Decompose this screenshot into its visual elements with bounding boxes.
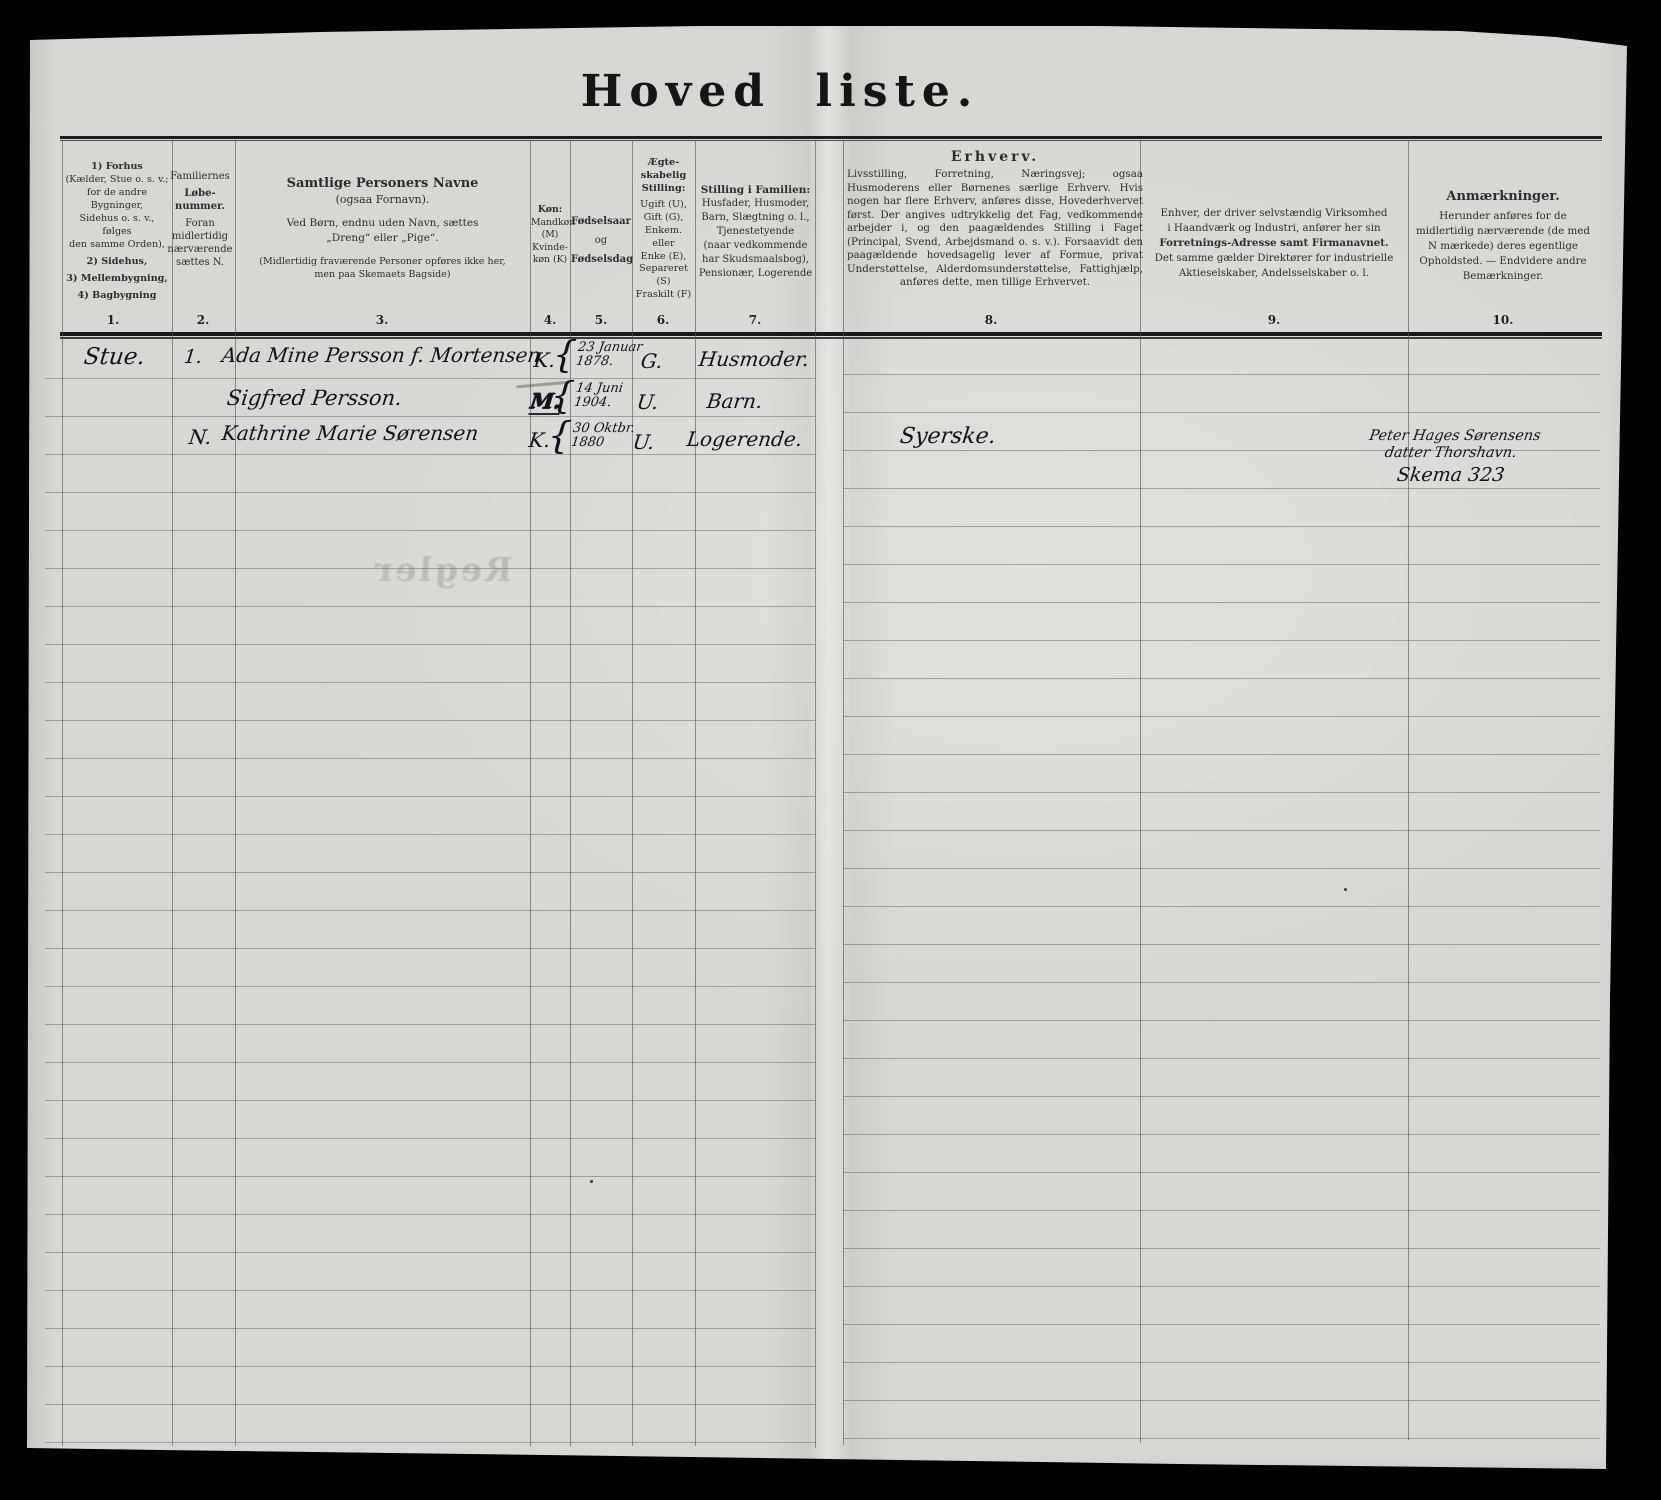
dust-speck [590, 1180, 593, 1183]
header-line: Sidehus o. s. v., følges [64, 212, 170, 238]
remark-line-2: datter Thorshavn. [1383, 445, 1517, 461]
header-line: for de andre Bygninger, [64, 186, 170, 212]
header-line: Barn, Slægtning o. l., [697, 211, 814, 225]
column-number-2: 2. [181, 313, 225, 327]
header-line: Kvinde- [531, 242, 569, 255]
header-line: (Kælder, Stue o. s. v.; [64, 173, 170, 186]
header-col9: Enhver, der driver selvstændig Virksomhe… [1142, 206, 1406, 281]
header-line: Stilling: [633, 183, 694, 196]
column-number-3: 3. [360, 313, 404, 327]
header-line: sættes N. [167, 256, 233, 269]
header-col1: 1) Forhus (Kælder, Stue o. s. v.; for de… [64, 160, 170, 302]
header-col3: Samtlige Personers Navne (ogsaa Fornavn)… [237, 176, 528, 281]
header-line: midlertidig [167, 230, 233, 243]
header-col8: Erhverv. Livsstilling, Forretning, Nærin… [847, 151, 1143, 290]
header-col5: Fødselsaar og Fødselsdag [571, 212, 631, 269]
column-number-9: 9. [1252, 313, 1296, 327]
header-line: men paa Skemaets Bagside) [237, 268, 528, 281]
entry-family-position: Husmoder. [698, 347, 811, 371]
header-line: Fødselsdag [571, 250, 631, 269]
header-line: Enhver, der driver selvstændig Virksomhe… [1142, 206, 1406, 221]
column-number-6: 6. [641, 313, 685, 327]
birthdate-lines: 30 Oktbr.1880 [570, 422, 636, 450]
header-col6: Ægte- skabelig Stilling: Ugift (U), Gift… [633, 157, 694, 302]
column-number-4: 4. [528, 313, 572, 327]
entry-birthdate: { 23 Januar1878. [553, 337, 641, 373]
entry-name: Sigfred Persson. [226, 386, 404, 410]
birth-year: 1904. [573, 395, 612, 410]
header-line: skabelig [633, 170, 694, 183]
header-col10-title: Anmærkninger. [1410, 190, 1596, 203]
column-number-8: 8. [969, 313, 1013, 327]
entry-marital-status: U. [632, 430, 656, 454]
header-col7: Stilling i Familien: Husfader, Husmoder,… [697, 183, 814, 281]
header-line: Ugift (U), [633, 199, 694, 212]
header-line: Enke (E), [633, 251, 694, 264]
header-line: Stilling i Familien: [697, 183, 814, 197]
birthdate-lines: 14 Juni1904. [573, 382, 624, 410]
brace-glyph: { [552, 337, 578, 373]
entry-family-position: Logerende. [686, 427, 804, 451]
page-title: Hoved liste. [430, 66, 1130, 117]
column-number-1: 1. [91, 313, 135, 327]
header-line: „Dreng“ eller „Pige“. [237, 231, 528, 246]
header-line: Pensionær, Logerende [697, 267, 814, 281]
header-col10: Anmærkninger. Herunder anføres for de mi… [1410, 190, 1596, 284]
header-line: Aktieselskaber, Andelsselskaber o. l. [1142, 266, 1406, 281]
header-line: Ægte- [633, 157, 694, 170]
column-number-5: 5. [579, 313, 623, 327]
header-line: (Midlertidig fraværende Personer opføres… [237, 255, 528, 268]
header-line: Det samme gælder Direktører for industri… [1142, 251, 1406, 266]
header-line: Mandkøn [531, 217, 569, 230]
entry-birthdate: { 30 Oktbr.1880 [548, 418, 633, 454]
header-line: Gift (G), [633, 212, 694, 225]
column-number-10: 10. [1481, 313, 1525, 327]
scanned-census-page: Hoved liste. 1) Forhus (Kælder, Stue o. … [0, 0, 1661, 1500]
header-line: nærværende [167, 243, 233, 256]
header-col10-body: Herunder anføres for de midlertidig nærv… [1410, 209, 1596, 284]
dust-speck [1344, 888, 1347, 891]
birth-day: 14 Juni [575, 381, 624, 396]
entry-remark-form-ref: Skema 323 [1396, 464, 1506, 486]
bleed-through-text: Regler [371, 550, 514, 589]
header-line: Løbe- [167, 187, 233, 200]
header-line: 1) Forhus [64, 160, 170, 173]
header-line: Husfader, Husmoder, [697, 197, 814, 211]
entry-name: Ada Mine Persson f. Mortensen [221, 343, 542, 367]
header-line: Forretnings-Adresse samt Firmanavnet. [1142, 236, 1406, 251]
header-col8-body: Livsstilling, Forretning, Næringsvej; og… [847, 168, 1143, 290]
header-col4: Køn: Mandkøn (M) Kvinde- køn (K) [531, 204, 569, 267]
paper-sheet: Hoved liste. 1) Forhus (Kælder, Stue o. … [0, 0, 1661, 1500]
birth-year: 1878. [575, 354, 614, 369]
header-line: og [571, 231, 631, 250]
header-line: Fødselsaar [571, 212, 631, 231]
header-line: den samme Orden), [64, 238, 170, 251]
header-line: Familiernes [167, 170, 233, 183]
fold-left-line [815, 140, 816, 1448]
header-line: (S) [633, 276, 694, 289]
brace-glyph: { [550, 378, 576, 414]
header-line: Køn: [531, 204, 569, 217]
entry-family-position: Barn. [706, 389, 764, 413]
header-line: 3) Mellembygning, [64, 272, 170, 285]
header-line: har Skudsmaalsbog), [697, 253, 814, 267]
header-col2: Familiernes Løbe- nummer. Foran midlerti… [167, 170, 233, 269]
header-line: (M) [531, 229, 569, 242]
header-line: Tjenestetyende [697, 225, 814, 239]
entry-marital-status: U. [636, 390, 660, 414]
header-line: Samtlige Personers Navne [237, 176, 528, 192]
entry-building: Stue. [82, 344, 146, 370]
header-line: Fraskilt (F) [633, 289, 694, 302]
header-col8-title: Erhverv. [847, 151, 1143, 164]
header-line: 4) Bagbygning [64, 289, 170, 302]
header-line: 2) Sidehus, [64, 255, 170, 268]
header-line: Separeret [633, 263, 694, 276]
header-line: (ogsaa Fornavn). [237, 192, 528, 208]
column-number-7: 7. [733, 313, 777, 327]
table-top-rule [60, 136, 1602, 142]
entry-remark: Peter Hages Sørensens datter Thorshavn. [1365, 428, 1542, 462]
entry-family-number: N. [188, 425, 214, 449]
birth-day: 30 Oktbr. [572, 421, 636, 436]
header-line: Foran [167, 217, 233, 230]
entry-birthdate: { 14 Juni1904. [551, 378, 621, 414]
brace-glyph: { [547, 418, 573, 454]
birth-year: 1880 [570, 435, 605, 450]
row-lines-left [45, 341, 815, 1446]
header-line: Enkem. eller [633, 225, 694, 251]
row-lines-right [843, 337, 1600, 1440]
remark-line-1: Peter Hages Sørensens [1368, 428, 1542, 444]
entry-occupation: Syerske. [898, 424, 997, 449]
entry-family-number: 1. [183, 346, 204, 368]
entry-name: Kathrine Marie Sørensen [221, 421, 480, 445]
header-line: Ved Børn, endnu uden Navn, sættes [237, 216, 528, 231]
header-line: køn (K) [531, 254, 569, 267]
header-line: i Haandværk og Industri, anfører her sin [1142, 221, 1406, 236]
header-line: nummer. [167, 200, 233, 213]
entry-marital-status: G. [640, 349, 665, 373]
birth-day: 23 Januar [577, 340, 643, 355]
header-line: (naar vedkommende [697, 239, 814, 253]
birthdate-lines: 23 Januar1878. [575, 341, 643, 369]
